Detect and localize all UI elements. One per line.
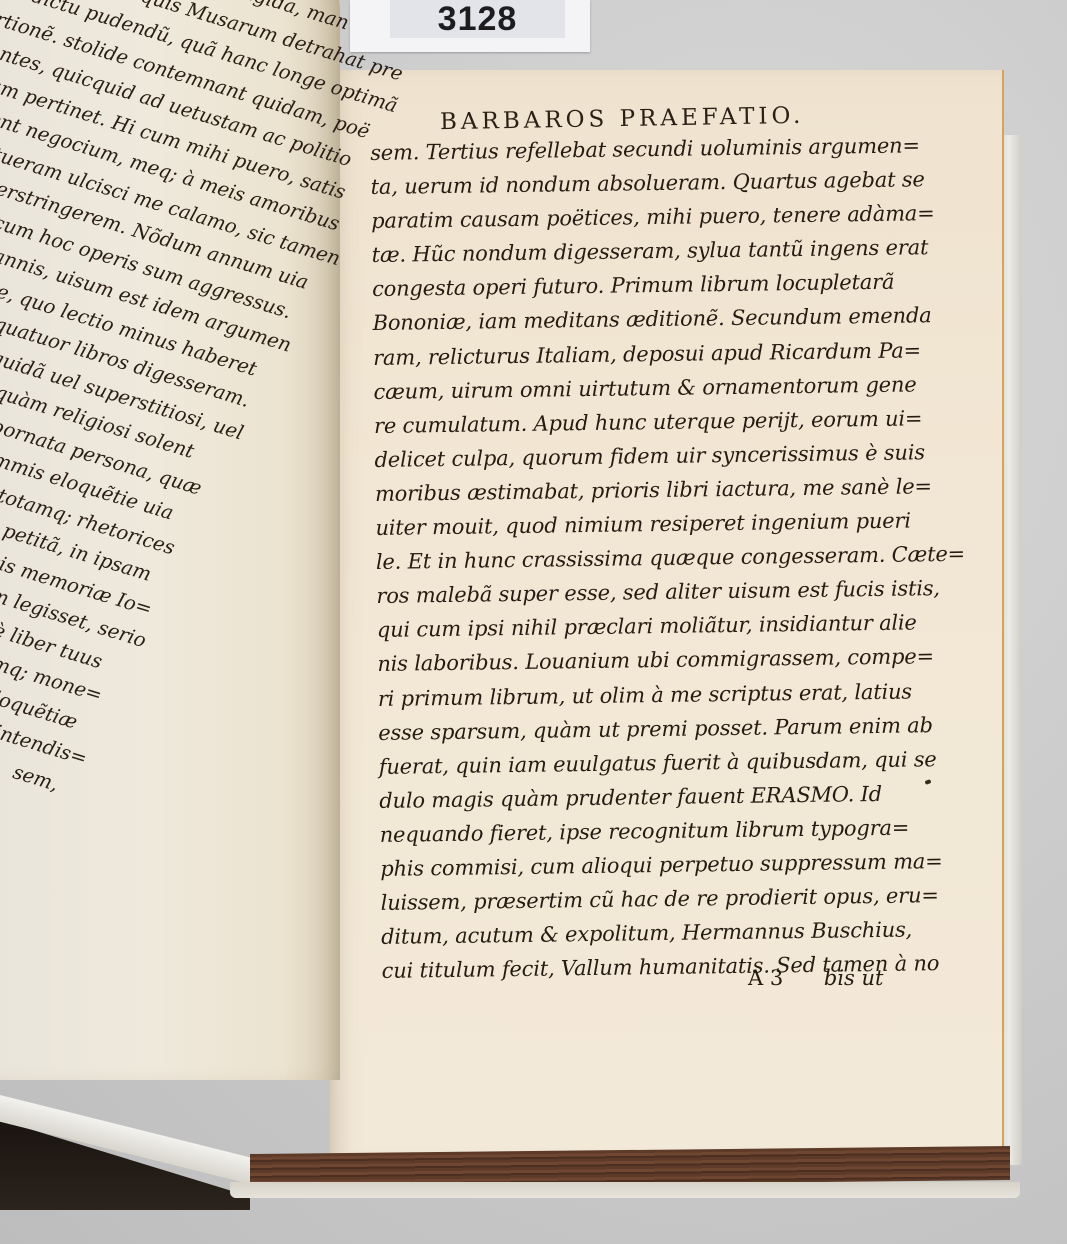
left-page-text: ROTERO. IN ANTI at, sed quod intelligam … [0, 0, 310, 801]
back-board-bottom-edge [230, 1182, 1020, 1198]
signature-mark: A 3 [748, 966, 783, 990]
lot-label: 3128 [390, 0, 565, 38]
left-page: ROTERO. IN ANTI at, sed quod intelligam … [0, 0, 340, 1080]
lot-number: 3128 [438, 0, 518, 39]
catchword: bis ut [824, 966, 884, 990]
signature-line: A 3 bis ut [748, 966, 883, 990]
right-page-text: sem. Tertius refellebat secundi uolumini… [370, 129, 907, 989]
lot-label-card: 3128 [350, 0, 590, 52]
